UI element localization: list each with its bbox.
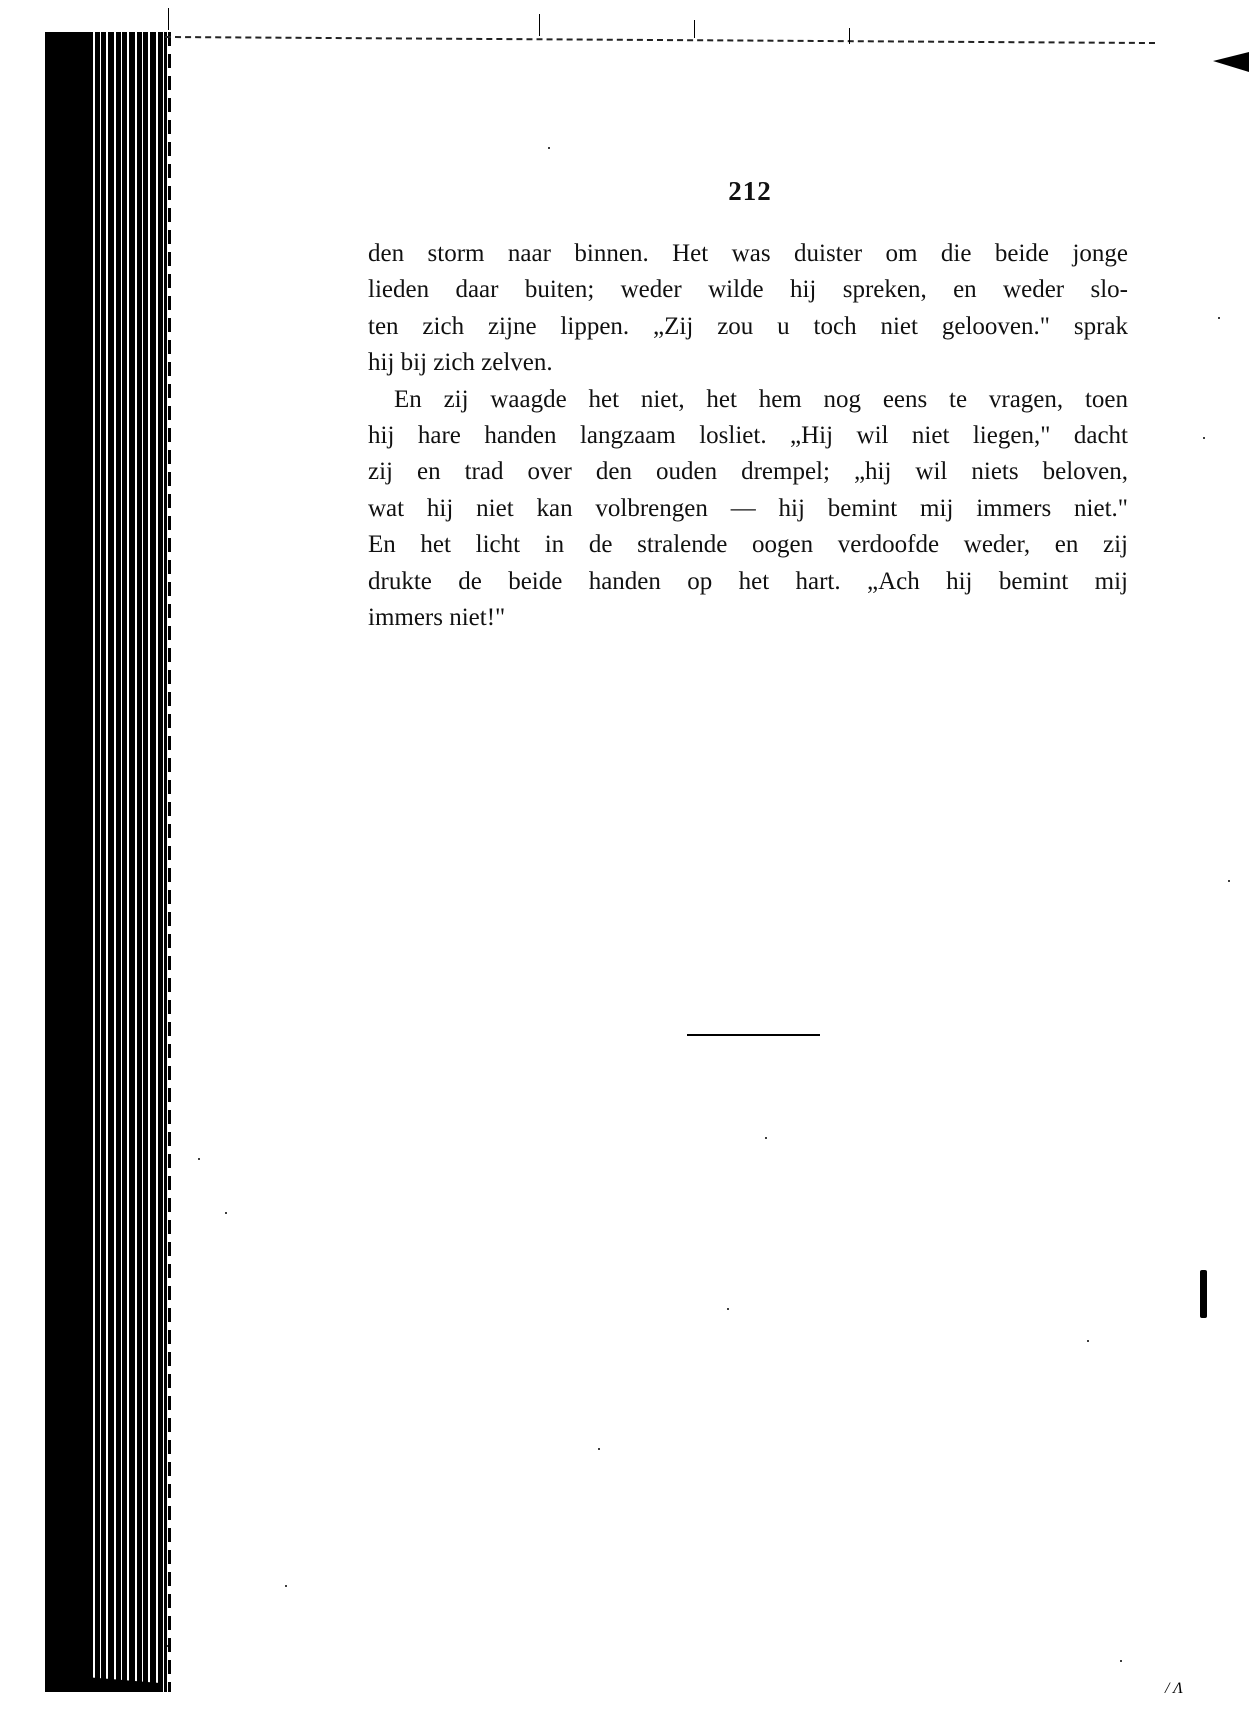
top-tick-mark — [694, 20, 695, 38]
text-line: hij bij zich zelven. — [368, 345, 1128, 381]
page-top-edge — [165, 36, 1155, 44]
scan-speck — [1087, 1340, 1089, 1342]
scan-arrow-mark-icon — [1213, 52, 1249, 72]
scan-smudge — [1200, 1270, 1207, 1318]
body-text: den storm naar binnen. Het was duister o… — [368, 236, 1128, 636]
text-line: En zij waagde het niet, het hem nog eens… — [368, 382, 1128, 418]
text-line: hij hare handen langzaam losliet. „Hij w… — [368, 418, 1128, 454]
book-binding-gutter — [45, 32, 167, 1692]
text-line: zij en trad over den ouden drempel; „hij… — [368, 454, 1128, 490]
scan-speck — [1203, 437, 1205, 439]
scan-speck — [1228, 880, 1230, 882]
paragraph-1: den storm naar binnen. Het was duister o… — [368, 236, 1128, 382]
paragraph-2: En zij waagde het niet, het hem nog eens… — [368, 382, 1128, 637]
section-divider — [687, 1034, 820, 1036]
scan-speck — [1120, 1660, 1122, 1662]
scan-speck — [166, 1645, 168, 1647]
text-line: lieden daar buiten; weder wilde hij spre… — [368, 272, 1128, 308]
top-tick-mark — [539, 14, 540, 36]
scan-speck — [225, 1212, 227, 1214]
scan-speck — [1218, 317, 1220, 319]
scan-speck — [198, 1158, 200, 1160]
text-line: ten zich zijne lippen. „Zij zou u toch n… — [368, 309, 1128, 345]
page-number: 212 — [722, 176, 778, 207]
scanned-book-page: / Λ 212 den storm naar binnen. Het was d… — [0, 0, 1249, 1725]
corner-scan-marks: / Λ — [1165, 1680, 1183, 1698]
top-tick-mark — [849, 28, 850, 44]
text-line: wat hij niet kan volbrengen — hij bemint… — [368, 491, 1128, 527]
text-line: En het licht in de stralende oogen verdo… — [368, 527, 1128, 563]
top-tick-mark — [168, 8, 169, 30]
text-line: den storm naar binnen. Het was duister o… — [368, 236, 1128, 272]
scan-speck — [285, 1585, 287, 1587]
text-line: drukte de beide handen op het hart. „Ach… — [368, 564, 1128, 600]
scan-speck — [548, 147, 550, 149]
text-line: immers niet!" — [368, 600, 1128, 636]
scan-speck — [765, 1137, 767, 1139]
scan-speck — [727, 1308, 729, 1310]
scan-speck — [598, 1448, 600, 1450]
